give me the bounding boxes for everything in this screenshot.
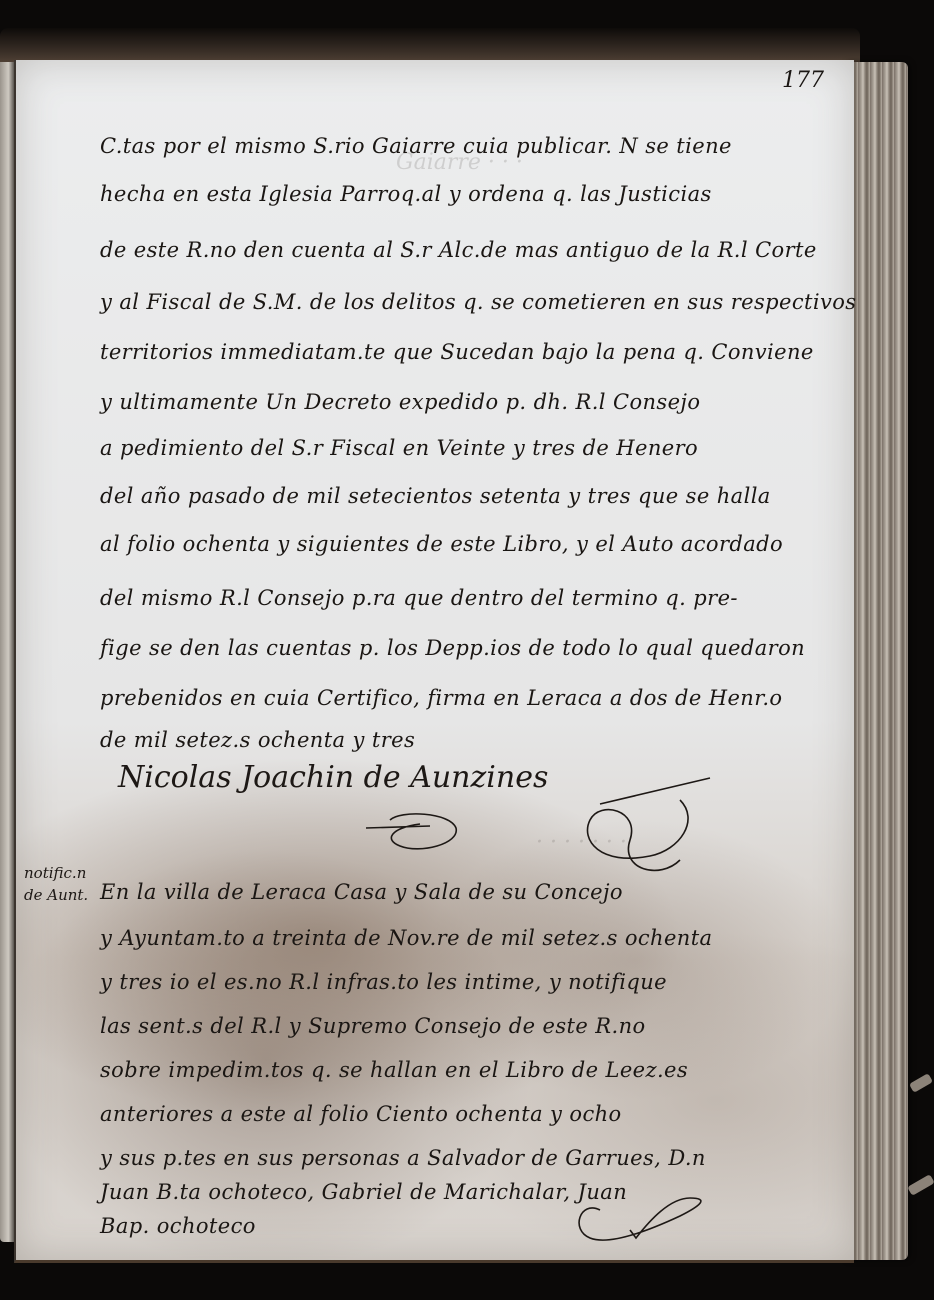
text-line: y Ayuntam.to a treinta de Nov.re de mil …: [100, 926, 712, 950]
text-line: fige se den las cuentas p. los Depp.ios …: [100, 636, 805, 660]
signature: Nicolas Joachin de Aunzines: [118, 760, 548, 795]
facing-page-edge: [0, 62, 14, 1242]
page-stack-edges: [846, 62, 908, 1260]
text-line: prebenidos en cuia Certifico, firma en L…: [100, 686, 782, 710]
text-line: del año pasado de mil setecientos setent…: [100, 484, 771, 508]
text-line: Juan B.ta ochoteco, Gabriel de Marichala…: [100, 1180, 627, 1204]
text-line: y tres io el es.no R.l infras.to les int…: [100, 970, 667, 994]
margin-note-line: notific.n: [24, 862, 104, 884]
text-line: a pedimiento del S.r Fiscal en Veinte y …: [100, 436, 698, 460]
rubric-flourish: [360, 810, 470, 860]
bookmark-ribbon: [907, 1174, 934, 1196]
folio-number: 177: [782, 68, 824, 93]
text-line: sobre impedim.tos q. se hallan en el Lib…: [100, 1058, 688, 1082]
closing-rubric: [560, 1190, 720, 1250]
text-line: y ultimamente Un Decreto expedido p. dh.…: [100, 390, 700, 414]
text-line: En la villa de Leraca Casa y Sala de su …: [100, 880, 623, 904]
margin-note-line: de Aunt.: [24, 884, 104, 906]
text-line: C.tas por el mismo S.rio Gaiarre cuia pu…: [100, 134, 732, 158]
text-line: territorios immediatam.te que Sucedan ba…: [100, 340, 814, 364]
text-line: Bap. ochoteco: [100, 1214, 256, 1238]
manuscript-photo: Gaiarre · · · · · · · · · · 177 C.tas po…: [0, 0, 934, 1300]
bookmark-ribbon: [909, 1073, 933, 1093]
margin-note: notific.n de Aunt.: [24, 862, 104, 906]
rubric-flourish: [560, 770, 720, 890]
text-line: las sent.s del R.l y Supremo Consejo de …: [100, 1014, 646, 1038]
text-line: y al Fiscal de S.M. de los delitos q. se…: [100, 290, 856, 314]
text-line: de este R.no den cuenta al S.r Alc.de ma…: [100, 238, 817, 262]
text-line: del mismo R.l Consejo p.ra que dentro de…: [100, 586, 738, 610]
text-line: anteriores a este al folio Ciento ochent…: [100, 1102, 622, 1126]
text-line: y sus p.tes en sus personas a Salvador d…: [100, 1146, 706, 1170]
text-line: hecha en esta Iglesia Parroq.al y ordena…: [100, 182, 712, 206]
text-line: al folio ochenta y siguientes de este Li…: [100, 532, 783, 556]
text-line: de mil setez.s ochenta y tres: [100, 728, 415, 752]
